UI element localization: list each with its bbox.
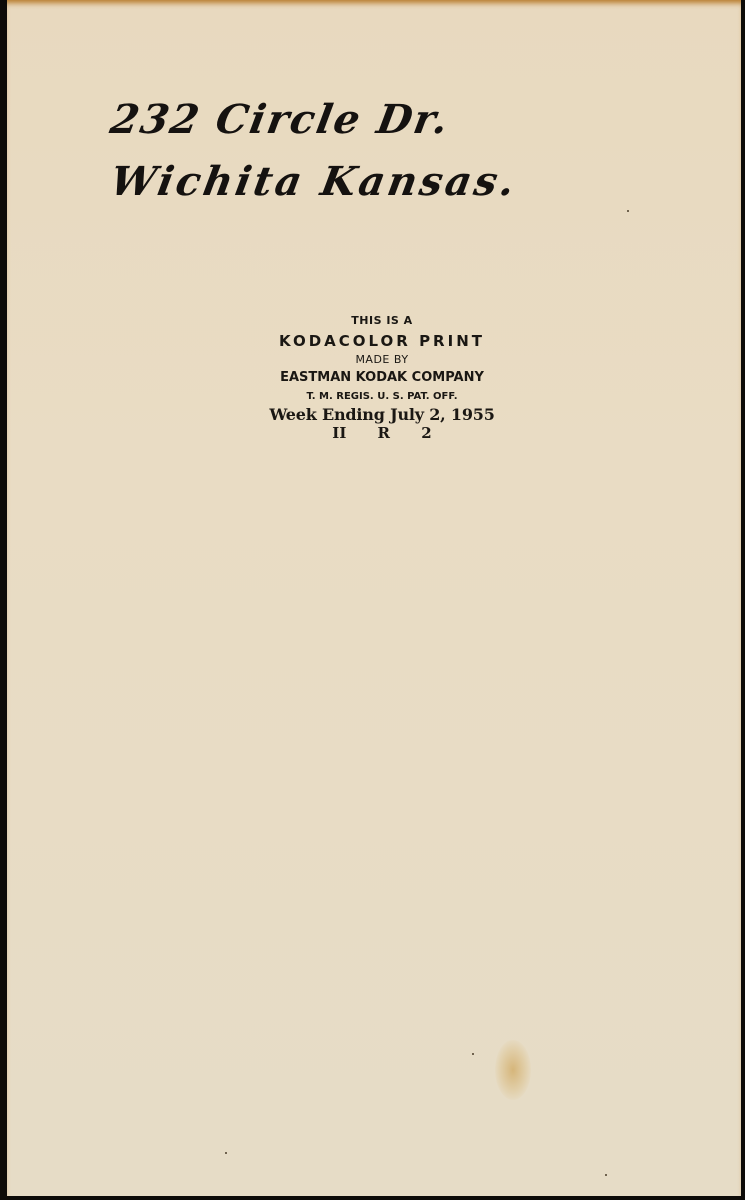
kodacolor-stamp: THIS IS A KODACOLOR PRINT MADE BY EASTMA… [237,312,527,442]
stamp-line-company: EASTMAN KODAK COMPANY [237,368,527,388]
paper-speck [605,1174,607,1176]
paper-stain [495,1040,531,1100]
stamp-line-trademark: T. M. REGIS. U. S. PAT. OFF. [237,388,527,406]
handwritten-street: 232 Circle Dr. [107,96,454,143]
paper-speck [225,1152,227,1154]
handwritten-city: Wichita Kansas. [107,158,521,205]
paper-speck [472,1053,474,1055]
stamp-line-this-is-a: THIS IS A [237,312,527,330]
stamp-line-made-by: MADE BY [237,352,527,368]
stamp-line-code: II R 2 [237,424,527,442]
photo-back-paper: 232 Circle Dr. Wichita Kansas. THIS IS A… [7,0,741,1196]
stamp-line-kodacolor-print: KODACOLOR PRINT [237,330,527,352]
stamp-line-week-ending: Week Ending July 2, 1955 [237,406,527,424]
paper-speck [627,210,629,212]
